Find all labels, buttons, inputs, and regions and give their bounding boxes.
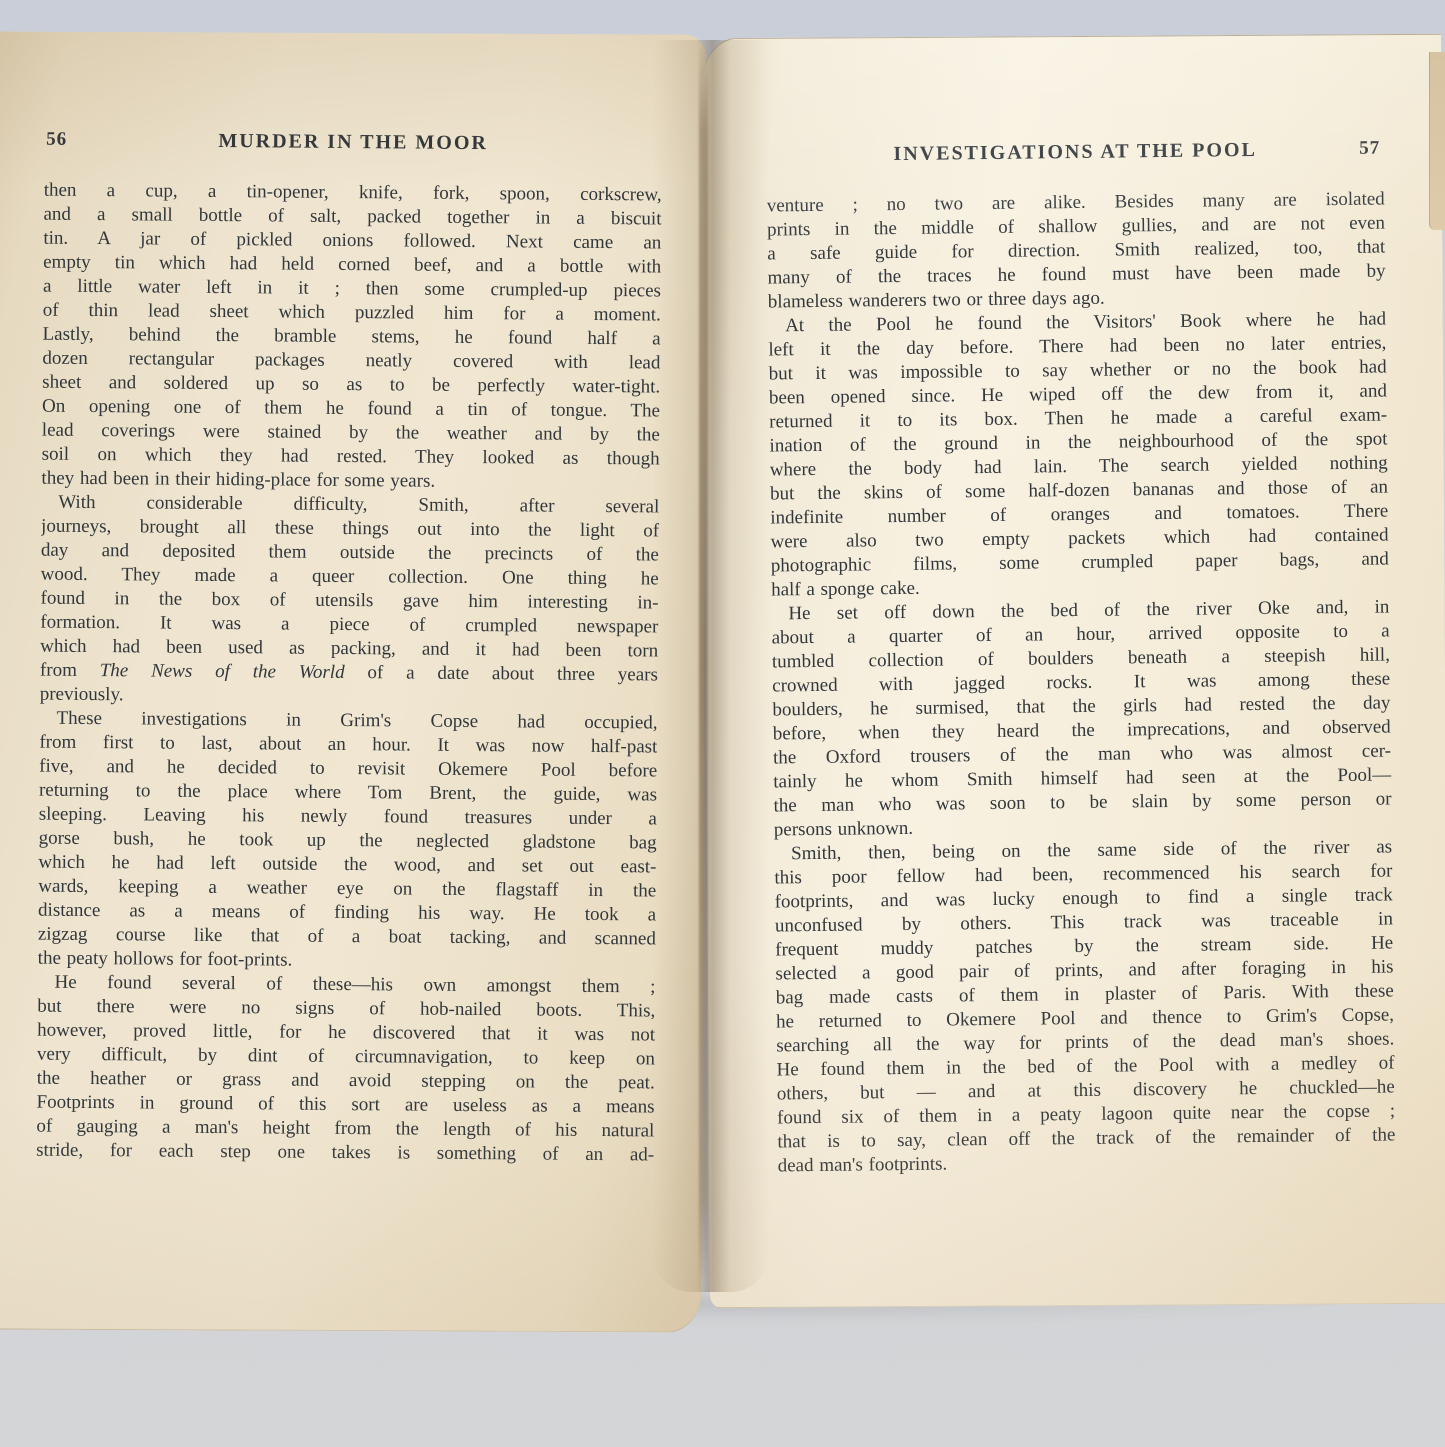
text-line: from The News of the World of a date abo… xyxy=(40,659,658,688)
right-page-text: venture ; no two are alike. Besides many… xyxy=(767,187,1396,1178)
text-segment: from xyxy=(40,660,100,681)
text-segment: of a date about three years xyxy=(345,662,658,685)
left-page-text: then a cup, a tin-opener, knife, fork, s… xyxy=(36,179,662,1168)
running-head-left: MURDER IN THE MOOR xyxy=(44,129,662,157)
right-page: INVESTIGATIONS AT THE POOL 57 venture ; … xyxy=(702,34,1445,1308)
text-line: stride, for each step one takes is somet… xyxy=(36,1139,654,1168)
left-page: 56 MURDER IN THE MOOR then a cup, a tin-… xyxy=(0,31,707,1332)
open-book-photo: 56 MURDER IN THE MOOR then a cup, a tin-… xyxy=(0,0,1445,1447)
left-page-header: 56 MURDER IN THE MOOR xyxy=(44,129,662,184)
italic-title: The News of the World xyxy=(100,660,345,683)
right-page-header: INVESTIGATIONS AT THE POOL 57 xyxy=(766,137,1385,194)
running-head-right: INVESTIGATIONS AT THE POOL xyxy=(766,137,1384,167)
left-page-content: 56 MURDER IN THE MOOR then a cup, a tin-… xyxy=(36,129,662,1168)
page-number-right: 57 xyxy=(1359,138,1380,160)
right-page-content: INVESTIGATIONS AT THE POOL 57 venture ; … xyxy=(766,137,1396,1178)
